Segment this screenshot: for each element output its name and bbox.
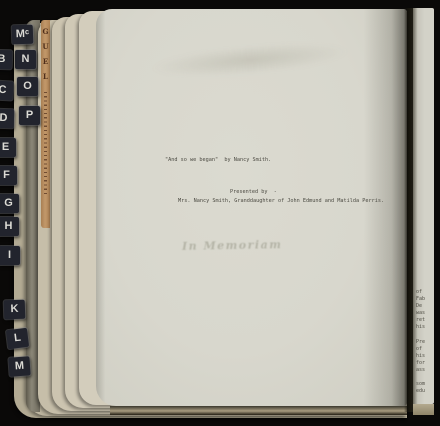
text-fragments-block: Preofhisforass	[416, 339, 425, 374]
index-tab: N	[15, 50, 36, 69]
text-fragment: som	[416, 381, 425, 388]
spine-fine-print-marks	[44, 92, 47, 196]
text-fragment: his	[416, 353, 425, 360]
index-tab: L	[6, 328, 29, 349]
index-tab: O	[17, 77, 38, 96]
book-bottom-edge	[110, 406, 407, 415]
spine-strip: GUEL	[41, 20, 50, 228]
text-fragments-block: ofFabDewasrethis	[416, 289, 425, 331]
book-photo: GUEL "And so we began" by Nancy Smith. P…	[0, 0, 440, 426]
index-tab: F	[0, 166, 17, 185]
spine-letter: L	[43, 73, 48, 81]
spine-strip-letters: GUEL	[41, 28, 50, 81]
spine-letter: G	[43, 28, 49, 36]
ghost-bleedthrough-text: In Memoriam	[182, 239, 283, 253]
right-page-sliver: ofFabDewasrethis Preofhisforass somedu	[413, 8, 434, 404]
index-tab: C	[0, 80, 13, 100]
index-tab: H	[0, 217, 19, 236]
text-fragment: was	[416, 310, 425, 317]
text-fragments-block: somedu	[416, 381, 425, 395]
typed-presented-line: Presented by -	[230, 189, 277, 196]
right-page-bottom-edge	[413, 404, 434, 415]
index-tab: D	[0, 109, 14, 129]
index-tab: M	[8, 356, 30, 376]
index-tab: P	[19, 106, 40, 125]
text-fragment: for	[416, 360, 425, 367]
index-tab: K	[4, 300, 26, 320]
index-tab: Mᶜ	[12, 25, 34, 45]
pencil-smudge	[149, 37, 351, 82]
index-tab: B	[0, 50, 12, 70]
text-fragment: Pre	[416, 339, 425, 346]
spine-letter: U	[42, 43, 48, 51]
text-fragment: of	[416, 346, 425, 353]
spine-letter: E	[43, 58, 48, 66]
typed-title-line: "And so we began" by Nancy Smith.	[165, 157, 271, 164]
text-fragment: ret	[416, 317, 425, 324]
index-tab: G	[0, 194, 19, 213]
index-tab: I	[0, 246, 20, 265]
text-fragment: De	[416, 303, 425, 310]
typed-names-line: Mrs. Nancy Smith, Granddaughter of John …	[178, 198, 384, 205]
text-fragment: edu	[416, 388, 425, 395]
text-fragment: of	[416, 289, 425, 296]
text-fragment: his	[416, 324, 425, 331]
index-tab: E	[0, 138, 16, 157]
text-fragment: Fab	[416, 296, 425, 303]
text-fragment: ass	[416, 367, 425, 374]
main-page: "And so we began" by Nancy Smith. Presen…	[96, 9, 407, 406]
